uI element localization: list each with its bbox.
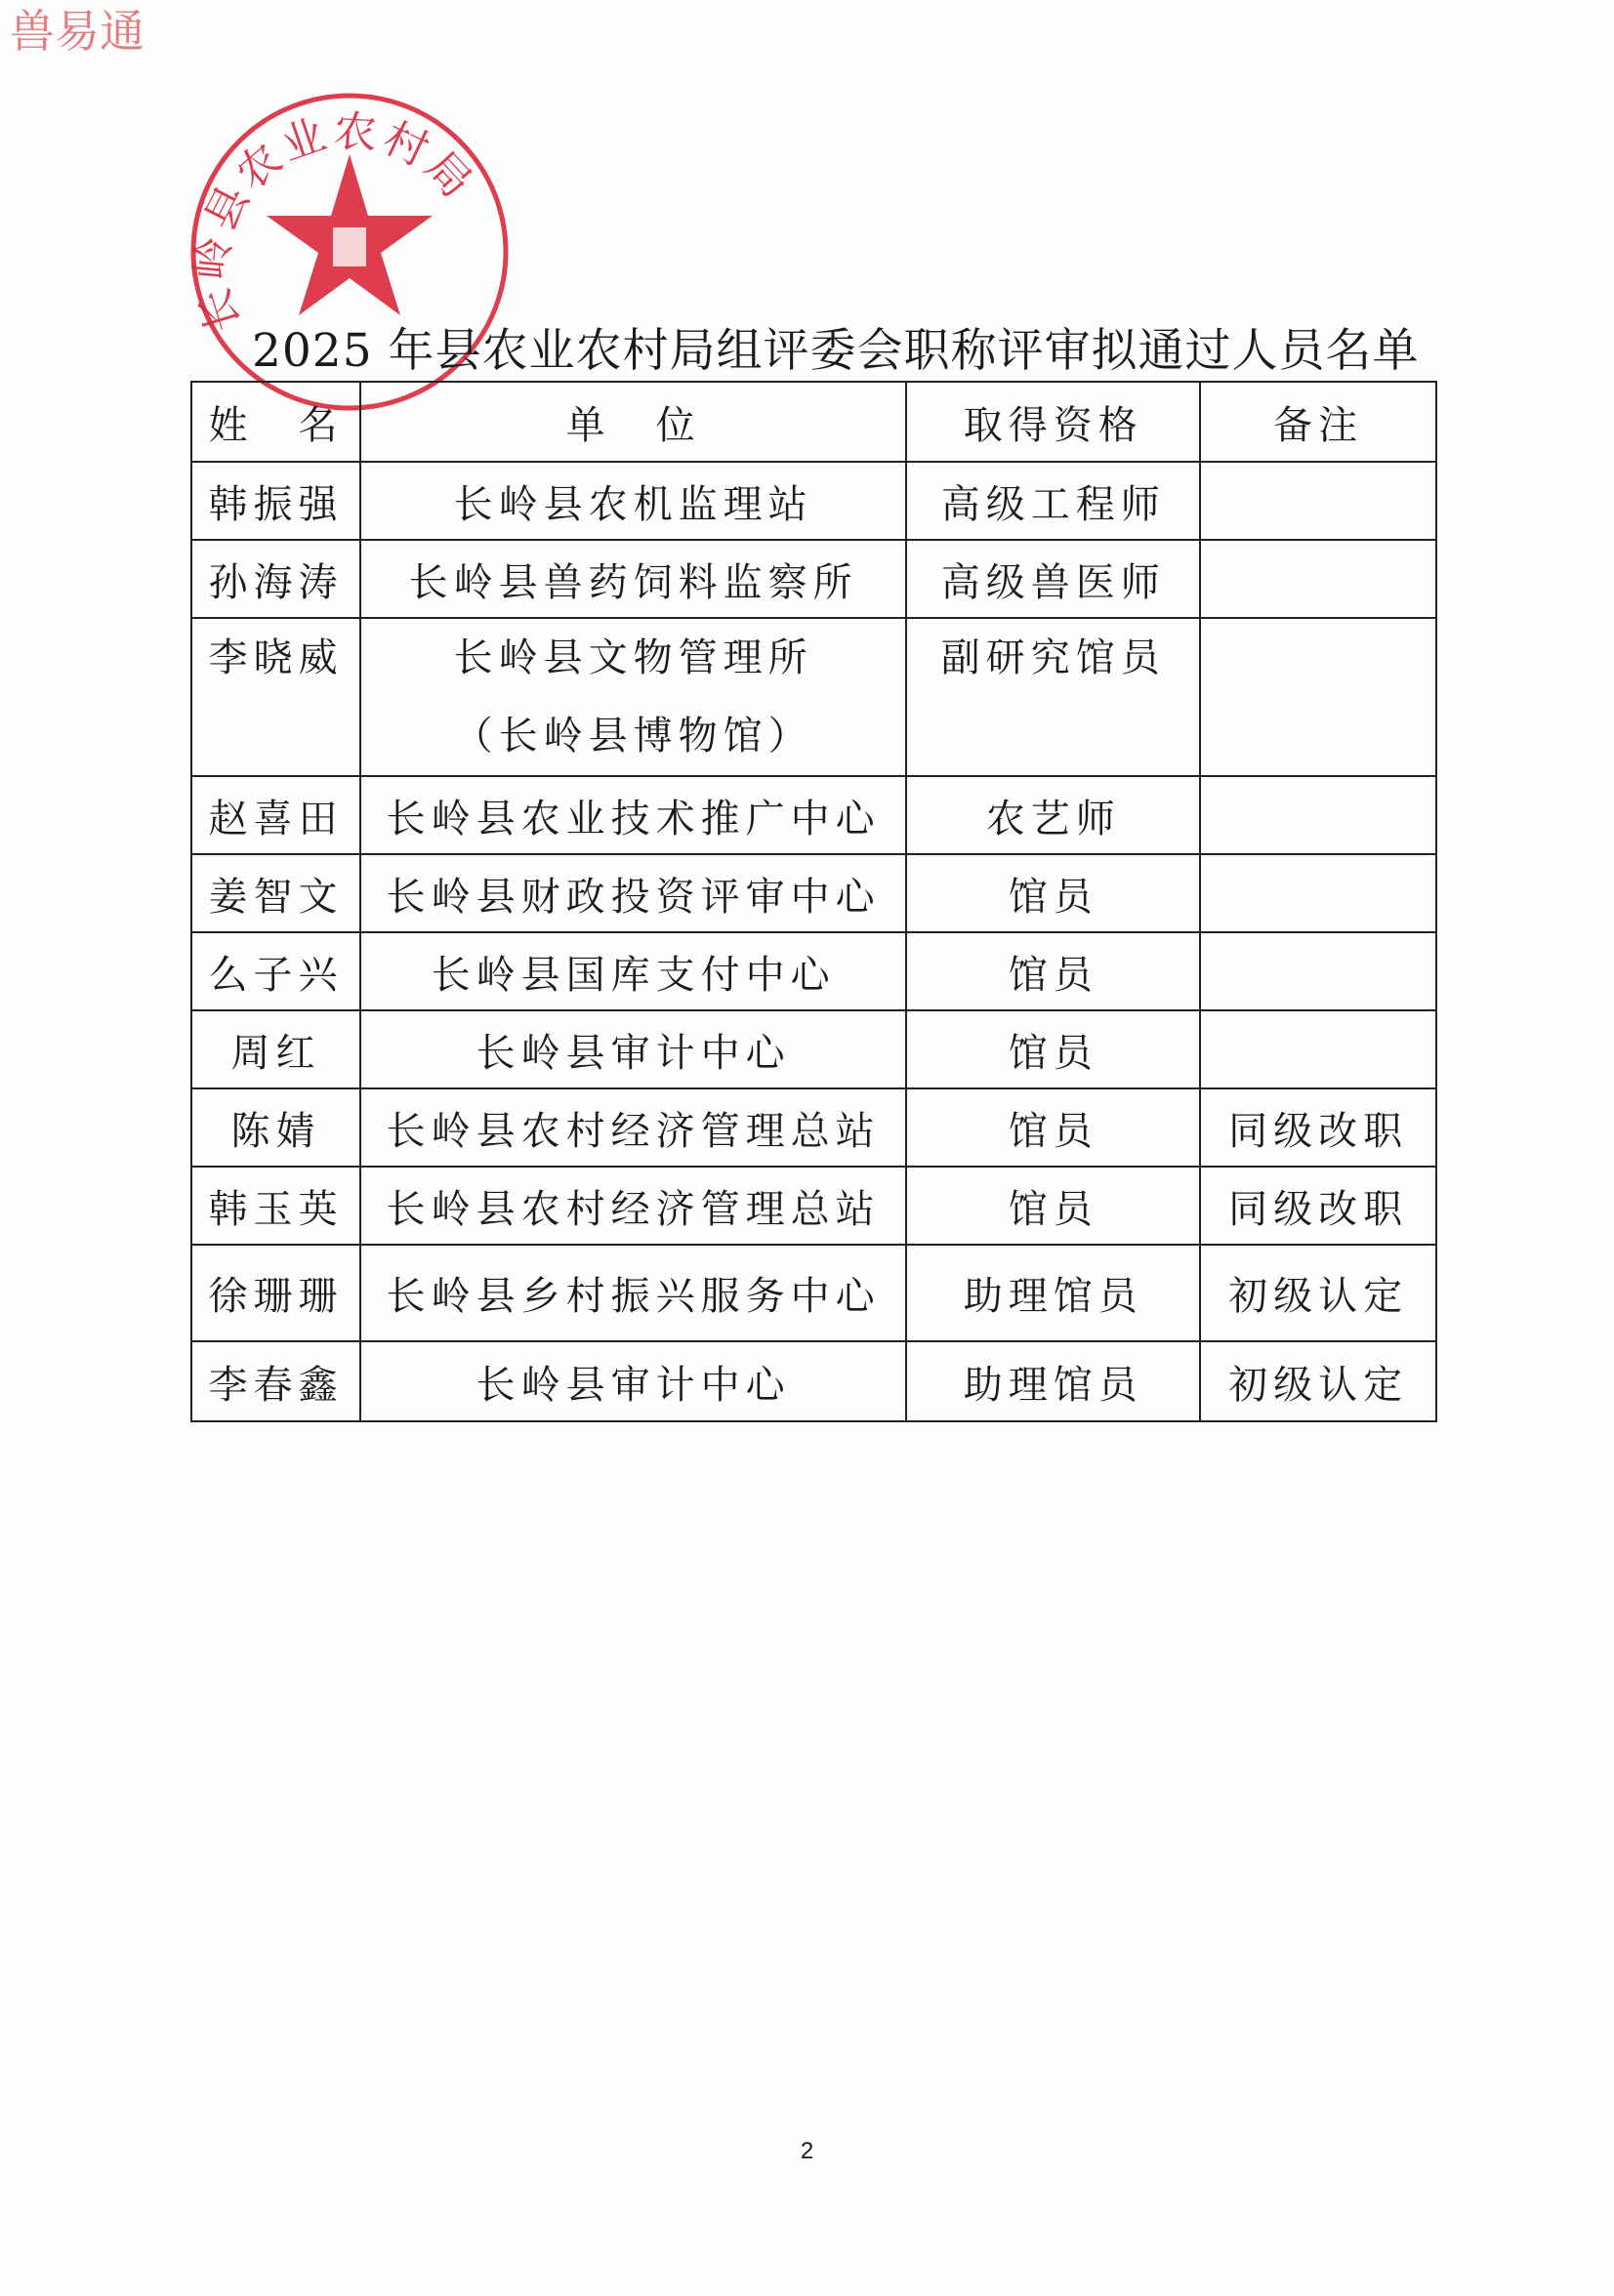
cell-unit: 长岭县农业技术推广中心 <box>360 776 907 854</box>
table-row: 韩振强 长岭县农机监理站 高级工程师 <box>191 462 1436 540</box>
cell-note: 初级认定 <box>1200 1341 1436 1421</box>
cell-note <box>1200 618 1436 776</box>
cell-unit: 长岭县财政投资评审中心 <box>360 854 907 932</box>
cell-unit: 长岭县审计中心 <box>360 1341 907 1421</box>
document-title: 2025 年县农业农村局组评委会职称评审拟通过人员名单 <box>252 314 1420 380</box>
cell-qualification: 高级工程师 <box>906 462 1200 540</box>
table-row: 李春鑫 长岭县审计中心 助理馆员 初级认定 <box>191 1341 1436 1421</box>
table-row: 孙海涛 长岭县兽药饲料监察所 高级兽医师 <box>191 540 1436 618</box>
header-qualification: 取得资格 <box>906 382 1200 462</box>
header-unit: 单 位 <box>360 382 907 462</box>
cell-note <box>1200 540 1436 618</box>
cell-qualification: 馆员 <box>906 854 1200 932</box>
cell-name: 李晓威 <box>192 619 359 697</box>
cell-note <box>1200 462 1436 540</box>
page-number: 2 <box>0 2138 1614 2165</box>
cell-name: 韩振强 <box>191 462 360 540</box>
cell-name: 陈婧 <box>191 1088 360 1167</box>
cell-unit: 长岭县农村经济管理总站 <box>360 1088 907 1167</box>
cell-qualification: 馆员 <box>906 1167 1200 1245</box>
cell-qualification: 高级兽医师 <box>906 540 1200 618</box>
cell-note: 初级认定 <box>1200 1245 1436 1341</box>
table-row: 周红 长岭县审计中心 馆员 <box>191 1010 1436 1088</box>
cell-unit: 长岭县乡村振兴服务中心 <box>360 1245 907 1341</box>
cell-unit: 长岭县农机监理站 <box>360 462 907 540</box>
cell-unit: 长岭县审计中心 <box>360 1010 907 1088</box>
cell-note: 同级改职 <box>1200 1167 1436 1245</box>
cell-qualification: 副研究馆员 <box>907 619 1199 697</box>
watermark: 兽易通 <box>10 0 145 61</box>
cell-note <box>1200 776 1436 854</box>
personnel-table: 姓 名 单 位 取得资格 备注 韩振强 长岭县农机监理站 高级工程师 孙海涛 长… <box>190 381 1437 1422</box>
cell-qualification: 馆员 <box>906 1088 1200 1167</box>
cell-name: 韩玉英 <box>191 1167 360 1245</box>
cell-qualification: 助理馆员 <box>906 1245 1200 1341</box>
cell-unit: 长岭县文物管理所 <box>361 619 906 697</box>
cell-name: 姜智文 <box>191 854 360 932</box>
cell-qualification: 农艺师 <box>906 776 1200 854</box>
table-row: 徐珊珊 长岭县乡村振兴服务中心 助理馆员 初级认定 <box>191 1245 1436 1341</box>
cell-note <box>1200 1010 1436 1088</box>
cell-unit: 长岭县国库支付中心 <box>360 932 907 1010</box>
cell-name: 李春鑫 <box>191 1341 360 1421</box>
table-header-row: 姓 名 单 位 取得资格 备注 <box>191 382 1436 462</box>
cell-unit: 长岭县农村经济管理总站 <box>360 1167 907 1245</box>
cell-name: 么子兴 <box>191 932 360 1010</box>
cell-name: 徐珊珊 <box>191 1245 360 1341</box>
header-name: 姓 名 <box>191 382 360 462</box>
cell-note <box>1200 854 1436 932</box>
cell-note: 同级改职 <box>1200 1088 1436 1167</box>
header-note: 备注 <box>1200 382 1436 462</box>
table-row: 么子兴 长岭县国库支付中心 馆员 <box>191 932 1436 1010</box>
cell-name: 周红 <box>191 1010 360 1088</box>
cell-qualification: 馆员 <box>906 932 1200 1010</box>
cell-qualification: 馆员 <box>906 1010 1200 1088</box>
table-row: 姜智文 长岭县财政投资评审中心 馆员 <box>191 854 1436 932</box>
cell-unit-line2: （长岭县博物馆） <box>361 697 906 775</box>
cell-name: 赵喜田 <box>191 776 360 854</box>
table-row: 韩玉英 长岭县农村经济管理总站 馆员 同级改职 <box>191 1167 1436 1245</box>
cell-unit: 长岭县兽药饲料监察所 <box>360 540 907 618</box>
cell-qualification: 助理馆员 <box>906 1341 1200 1421</box>
qr-code-icon <box>333 227 366 266</box>
table-row: 赵喜田 长岭县农业技术推广中心 农艺师 <box>191 776 1436 854</box>
table-row: 李晓威 长岭县文物管理所 （长岭县博物馆） 副研究馆员 <box>191 618 1436 776</box>
cell-note <box>1200 932 1436 1010</box>
cell-name: 孙海涛 <box>191 540 360 618</box>
table-row: 陈婧 长岭县农村经济管理总站 馆员 同级改职 <box>191 1088 1436 1167</box>
